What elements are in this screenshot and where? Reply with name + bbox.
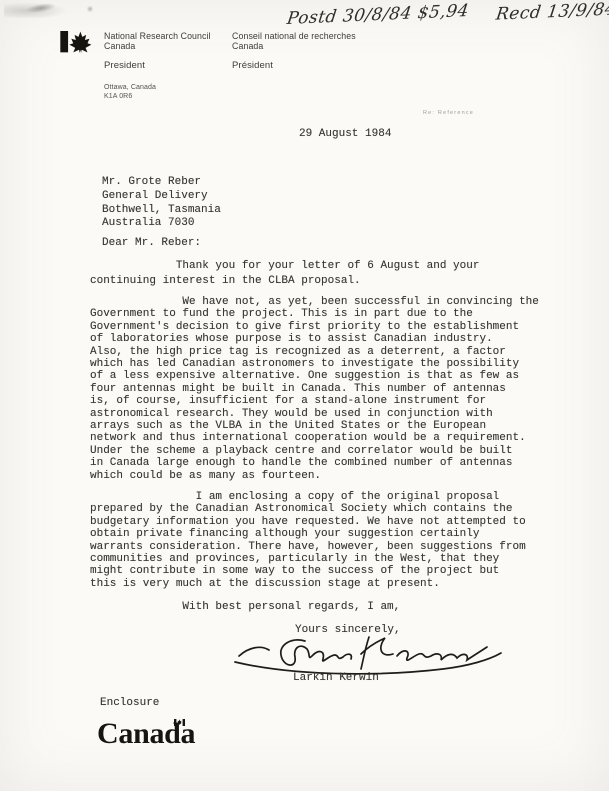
scan-smudge <box>27 2 56 14</box>
scan-smudge <box>86 6 94 12</box>
canada-flag-icon <box>60 31 93 58</box>
enclosure-note: Enclosure <box>100 697 159 709</box>
mini-flag-icon <box>174 719 185 726</box>
letterhead-title-french: Président <box>232 61 273 71</box>
salutation: Dear Mr. Reber: <box>102 237 201 249</box>
body-paragraph-2: We have not, as yet, been successful in … <box>90 296 539 482</box>
body-paragraph-1: Thank you for your letter of 6 August an… <box>90 259 479 288</box>
recipient-address: Mr. Grote ReberGeneral DeliveryBothwell,… <box>102 176 221 231</box>
closing-line: With best personal regards, I am, <box>90 601 400 613</box>
handwritten-received-note: Recd 13/9/84 <box>495 0 609 25</box>
canada-wordmark: Canada <box>97 718 195 750</box>
letterhead-title-english: President <box>104 61 145 71</box>
scan-smudge <box>4 2 68 18</box>
org-name-english: National Research CouncilCanada <box>104 31 211 52</box>
org-name-french: Conseil national de recherchesCanada <box>232 31 356 52</box>
handwritten-postage-note: Postd 30/8/84 $5,94 <box>286 1 470 29</box>
letterhead-address: Ottawa, CanadaK1A 0R6 <box>104 84 156 102</box>
letter-date: 29 August 1984 <box>299 128 391 140</box>
file-reference-stamp: Re: Reference <box>423 110 474 116</box>
typed-signature-name: Larkin Kerwin <box>293 672 379 684</box>
body-paragraph-3: I am enclosing a copy of the original pr… <box>90 491 526 590</box>
scanned-letter-page: Postd 30/8/84 $5,94 Recd 13/9/84 Nationa… <box>0 0 609 791</box>
